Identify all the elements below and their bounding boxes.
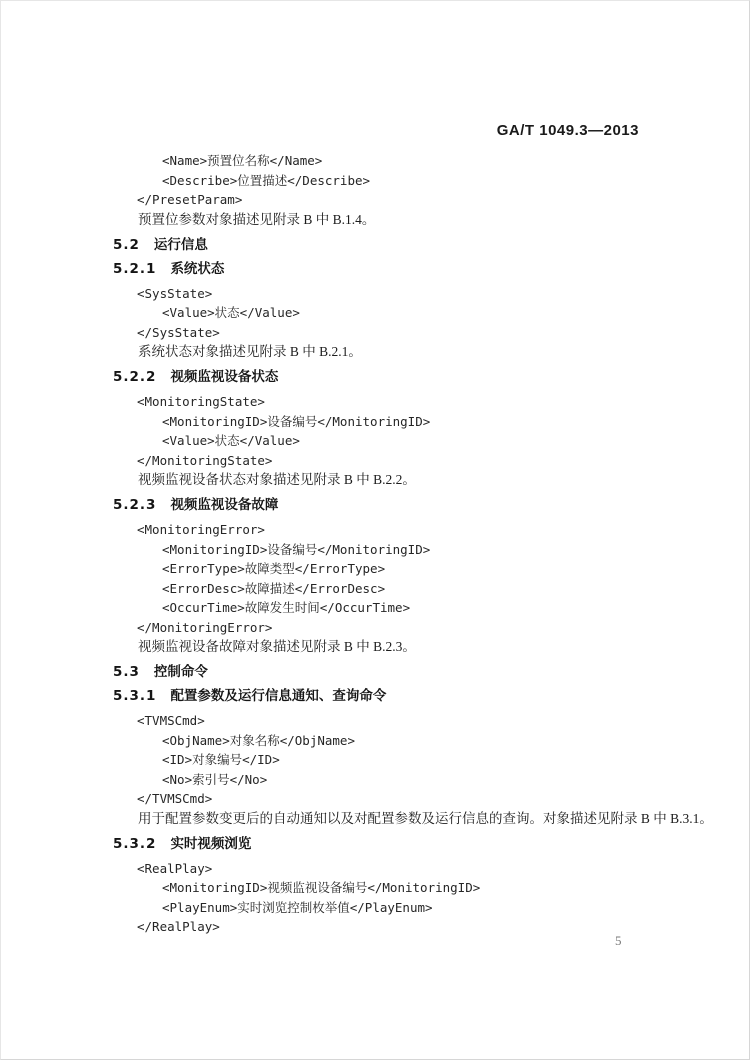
- xml-code-line: <OccurTime>故障发生时间</OccurTime>: [1, 598, 749, 618]
- standard-number: GA/T 1049.3—2013: [497, 122, 639, 139]
- section-heading: 5.3.2实时视频浏览: [1, 835, 749, 853]
- section-title: 视频监视设备故障: [170, 497, 278, 512]
- xml-code-line: </TVMSCmd>: [1, 789, 749, 809]
- page-number: 5: [615, 933, 622, 949]
- section-title: 控制命令: [154, 664, 208, 679]
- section-heading: 5.3.1配置参数及运行信息通知、查询命令: [1, 687, 749, 705]
- xml-code-line: </MonitoringState>: [1, 451, 749, 471]
- section-heading: 5.2.3视频监视设备故障: [1, 496, 749, 514]
- section-title: 视频监视设备状态: [170, 369, 278, 384]
- xml-code-line: </RealPlay>: [1, 917, 749, 937]
- xml-code-line: <ErrorDesc>故障描述</ErrorDesc>: [1, 579, 749, 599]
- document-page: GA/T 1049.3—2013 <Name>预置位名称</Name><Desc…: [0, 0, 750, 1060]
- xml-code-line: </MonitoringError>: [1, 618, 749, 638]
- xml-code-line: <PlayEnum>实时浏览控制枚举值</PlayEnum>: [1, 898, 749, 918]
- xml-code-line: <MonitoringID>视频监视设备编号</MonitoringID>: [1, 878, 749, 898]
- section-title: 系统状态: [170, 261, 224, 276]
- page-header: GA/T 1049.3—2013: [497, 122, 639, 139]
- xml-code-line: <Value>状态</Value>: [1, 431, 749, 451]
- section-heading: 5.3控制命令: [1, 663, 749, 681]
- document-content: <Name>预置位名称</Name><Describe>位置描述</Descri…: [1, 151, 749, 937]
- xml-code-line: <SysState>: [1, 284, 749, 304]
- paragraph: 用于配置参数变更后的自动通知以及对配置参数及运行信息的查询。对象描述见附录 B …: [1, 809, 749, 829]
- xml-code-line: <No>索引号</No>: [1, 770, 749, 790]
- xml-code-line: <MonitoringID>设备编号</MonitoringID>: [1, 540, 749, 560]
- paragraph: 预置位参数对象描述见附录 B 中 B.1.4。: [1, 210, 749, 230]
- paragraph: 视频监视设备故障对象描述见附录 B 中 B.2.3。: [1, 637, 749, 657]
- section-number: 5.3.1: [113, 687, 156, 705]
- xml-code-line: <ErrorType>故障类型</ErrorType>: [1, 559, 749, 579]
- paragraph: 视频监视设备状态对象描述见附录 B 中 B.2.2。: [1, 470, 749, 490]
- section-number: 5.2.2: [113, 368, 156, 386]
- section-heading: 5.2运行信息: [1, 236, 749, 254]
- section-heading: 5.2.1系统状态: [1, 260, 749, 278]
- xml-code-line: <MonitoringState>: [1, 392, 749, 412]
- xml-code-line: <MonitoringError>: [1, 520, 749, 540]
- section-heading: 5.2.2视频监视设备状态: [1, 368, 749, 386]
- section-title: 配置参数及运行信息通知、查询命令: [170, 688, 386, 703]
- section-title: 实时视频浏览: [170, 836, 251, 851]
- section-number: 5.2.1: [113, 260, 156, 278]
- xml-code-line: <Describe>位置描述</Describe>: [1, 171, 749, 191]
- xml-code-line: <RealPlay>: [1, 859, 749, 879]
- xml-code-line: </SysState>: [1, 323, 749, 343]
- xml-code-line: <ObjName>对象名称</ObjName>: [1, 731, 749, 751]
- xml-code-line: <TVMSCmd>: [1, 711, 749, 731]
- section-number: 5.2.3: [113, 496, 156, 514]
- xml-code-line: </PresetParam>: [1, 190, 749, 210]
- xml-code-line: <Name>预置位名称</Name>: [1, 151, 749, 171]
- paragraph: 系统状态对象描述见附录 B 中 B.2.1。: [1, 342, 749, 362]
- section-title: 运行信息: [154, 237, 208, 252]
- section-number: 5.2: [113, 236, 140, 254]
- xml-code-line: <MonitoringID>设备编号</MonitoringID>: [1, 412, 749, 432]
- xml-code-line: <ID>对象编号</ID>: [1, 750, 749, 770]
- section-number: 5.3.2: [113, 835, 156, 853]
- section-number: 5.3: [113, 663, 140, 681]
- xml-code-line: <Value>状态</Value>: [1, 303, 749, 323]
